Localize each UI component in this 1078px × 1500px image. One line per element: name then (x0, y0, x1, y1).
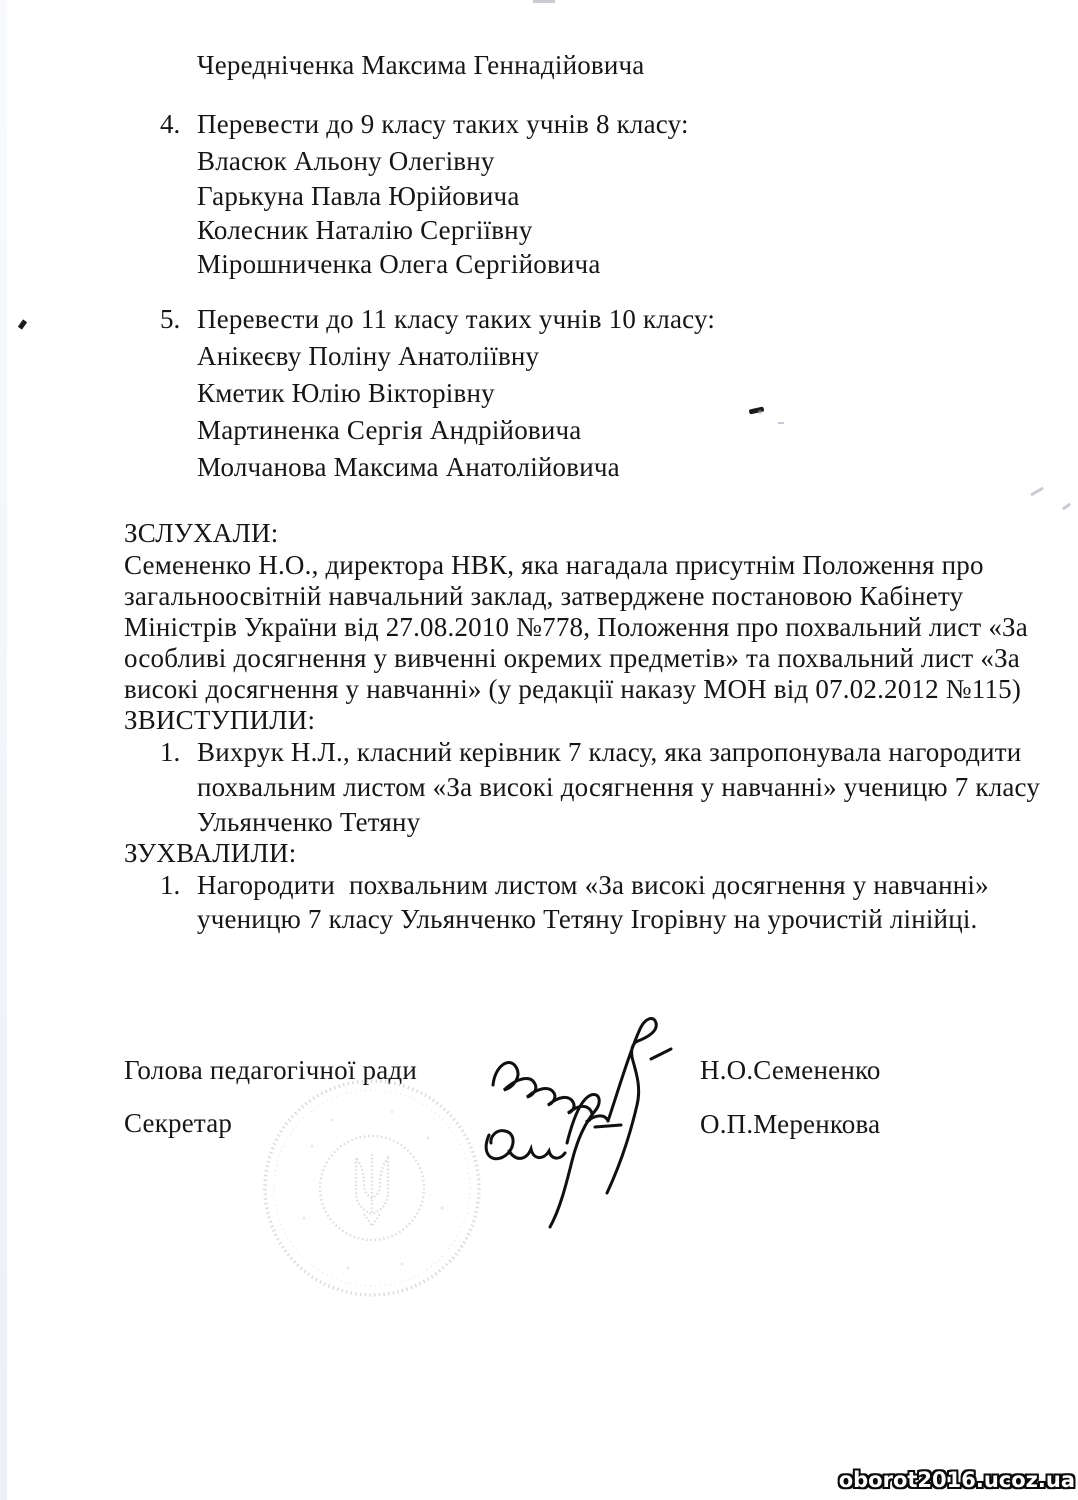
signature-director (493, 1062, 608, 1122)
heard-paragraph-line: загальноосвітній навчальний заклад, затв… (124, 581, 963, 612)
signature-strokes (455, 985, 715, 1265)
signatures-overlay (455, 985, 715, 1265)
student-name: Колесник Наталію Сергіївну (197, 215, 533, 246)
signature-secretary-dash (595, 1125, 621, 1127)
resolved-item-line: ученицю 7 класу Ульянченко Тетяну Ігорів… (197, 904, 978, 935)
scan-speck (1030, 487, 1044, 497)
spoke-item-number: 1. (160, 737, 180, 768)
scan-speck (758, 410, 762, 414)
signature-secretary (486, 1131, 565, 1159)
list-item-4-number: 4. (160, 109, 180, 140)
heard-paragraph-line: Семененко Н.О., директора НВК, яка нагад… (124, 550, 984, 581)
spoke-item-line: похвальним листом «За високі досягнення … (197, 772, 1040, 803)
student-name: Власюк Альону Олегівну (197, 146, 495, 177)
heard-heading: ЗСЛУХАЛИ: (124, 518, 278, 549)
trident-icon (356, 1154, 388, 1226)
site-watermark: oborot2016.ucoz.ua (839, 1468, 1075, 1492)
student-name: Молчанова Максима Анатолійовича (197, 452, 620, 483)
spoke-item-line: Ульянченко Тетяну (197, 807, 420, 838)
resolved-item-line: Нагородити похвальним листом «За високі … (197, 870, 989, 901)
signature-director-flourish (607, 1018, 656, 1193)
spoke-item-line: Вихрук Н.Л., класний керівник 7 класу, я… (197, 737, 1021, 768)
list-item-5-title: Перевести до 11 класу таких учнів 10 кла… (197, 304, 715, 335)
student-name: Мірошниченка Олега Сергійовича (197, 249, 601, 280)
heard-paragraph-line: високі досягнення у навчанні» (у редакці… (124, 674, 1021, 705)
scan-speck (778, 422, 784, 424)
spoke-heading: ЗВИСТУПИЛИ: (124, 705, 315, 736)
scan-speck (1062, 503, 1071, 511)
student-name: Мартиненка Сергія Андрійовича (197, 415, 581, 446)
list-item-4-title: Перевести до 9 класу таких учнів 8 класу… (197, 109, 689, 140)
signature-director-dash (651, 1049, 671, 1059)
heard-paragraph-line: особливі досягнення у вивченні окремих п… (124, 643, 1020, 674)
scanned-document-page: Чередніченка Максима Геннадійовича 4. Пе… (0, 0, 1078, 1500)
chairman-name: Н.О.Семененко (700, 1055, 881, 1086)
signature-secretary-tail (550, 1094, 599, 1227)
list-item-5-number: 5. (160, 304, 180, 335)
student-name: Анікеєву Поліну Анатоліївну (197, 341, 539, 372)
student-name: Кметик Юлію Вікторівну (197, 378, 495, 409)
continued-student-name: Чередніченка Максима Геннадійовича (197, 50, 644, 81)
resolved-item-number: 1. (160, 870, 180, 901)
scan-speck (533, 0, 555, 3)
scan-speck (749, 406, 765, 414)
secretary-name: О.П.Меренкова (700, 1109, 880, 1140)
resolved-heading: ЗУХВАЛИЛИ: (124, 838, 296, 869)
heard-paragraph-line: Міністрів України від 27.08.2010 №778, П… (124, 612, 1028, 643)
scan-edge-shadow (0, 0, 7, 1500)
secretary-label: Секретар (124, 1108, 232, 1139)
scan-speck (18, 319, 27, 329)
student-name: Гарькуна Павла Юрійовича (197, 181, 520, 212)
